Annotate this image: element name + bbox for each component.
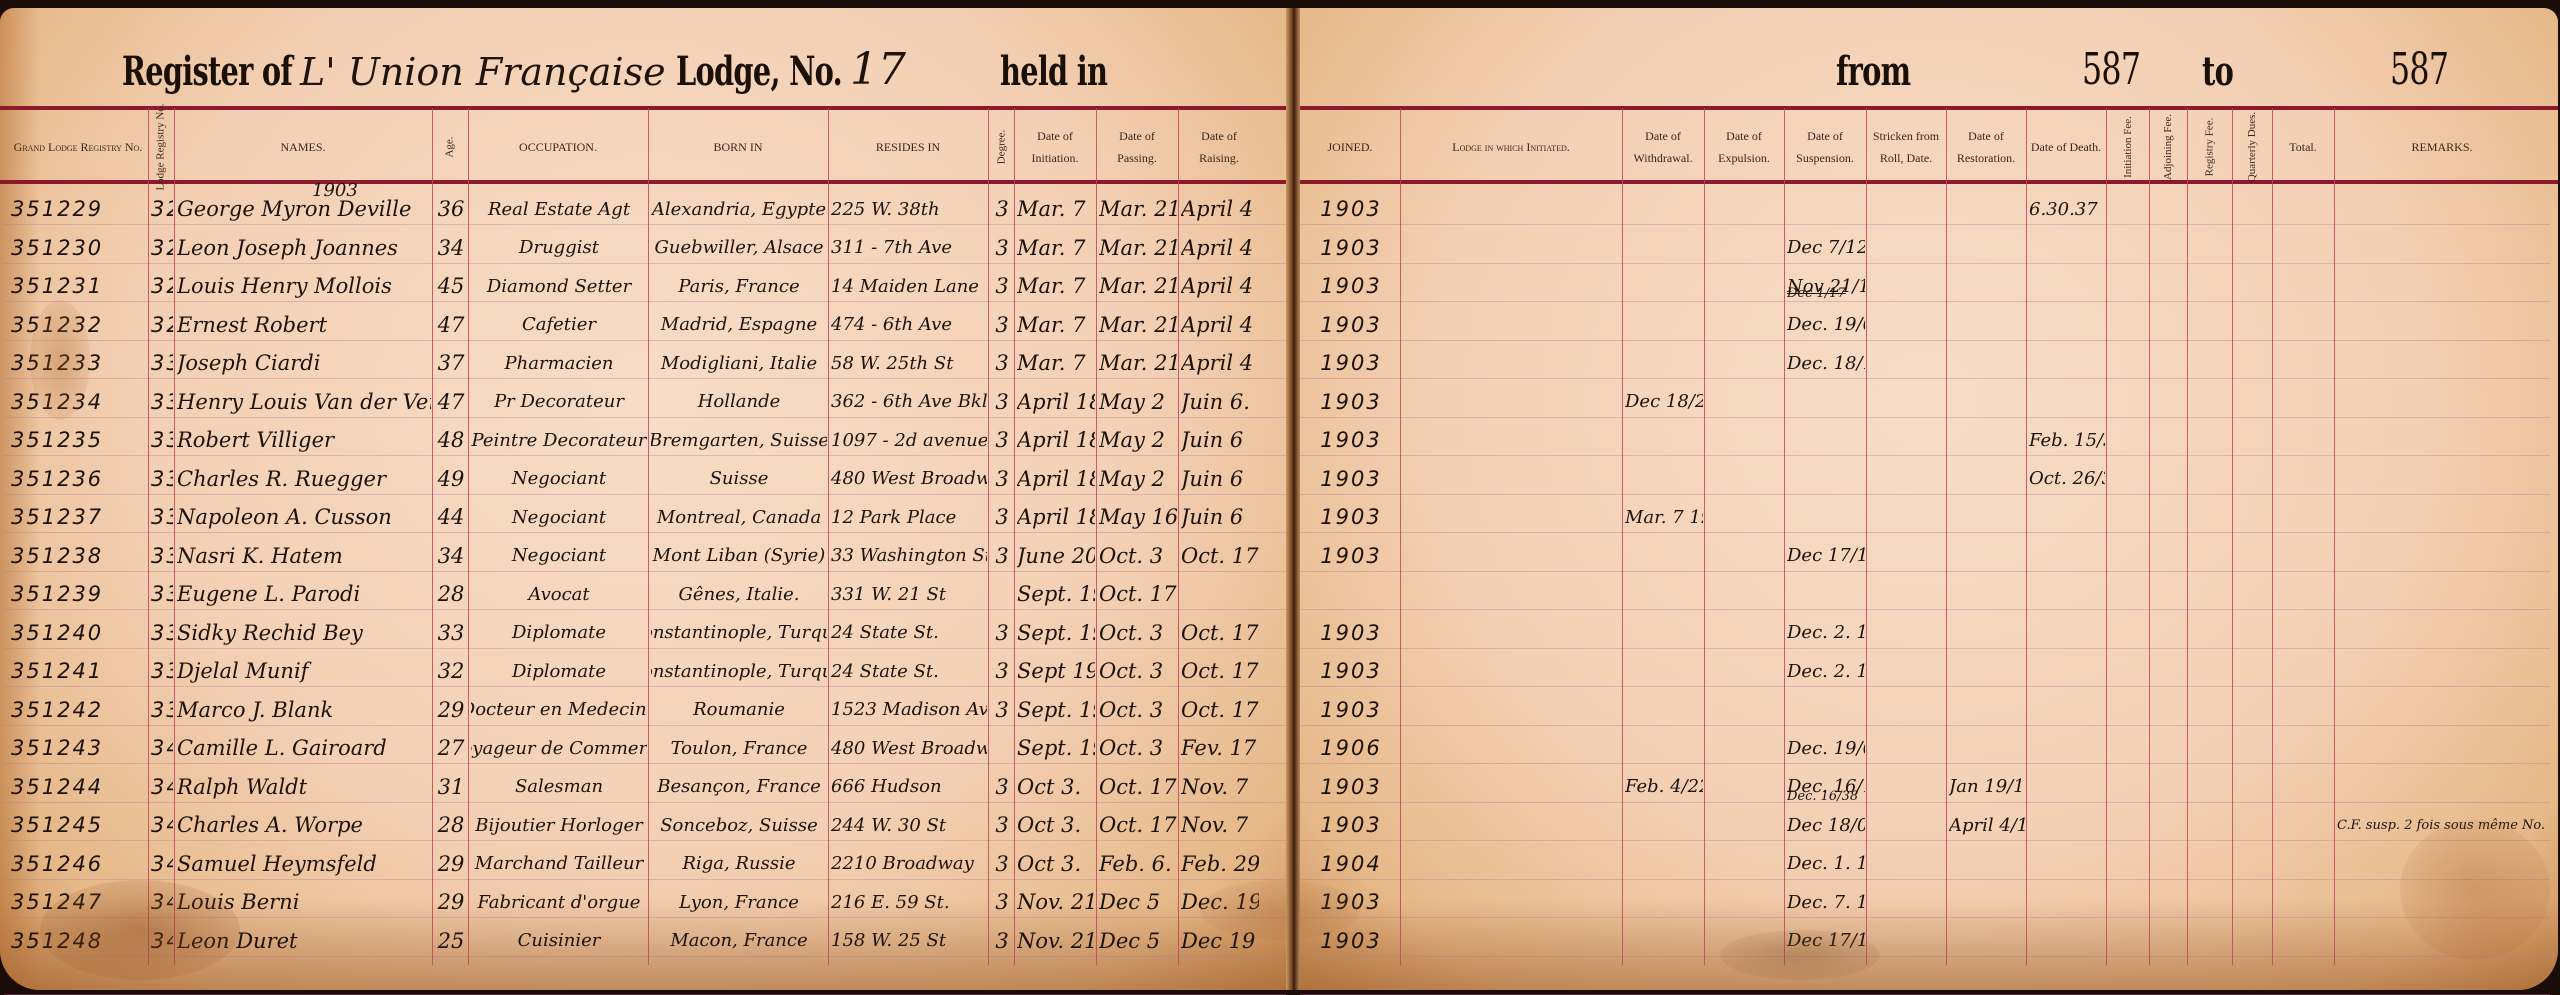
cell-deg: 3 bbox=[991, 922, 1013, 960]
column-header-label: REMARKS. bbox=[2411, 136, 2472, 158]
cell-lr: 336 bbox=[151, 575, 173, 613]
cell-age: 31 bbox=[435, 768, 467, 806]
cell-death bbox=[2029, 806, 2105, 844]
cell-joined: 1903 bbox=[1303, 190, 1399, 228]
cell-pass: Mar. 21 bbox=[1099, 229, 1177, 267]
cell-lr: 329 bbox=[151, 306, 173, 344]
cell-gl: 351231 bbox=[11, 267, 147, 305]
cell-born: Hollande bbox=[651, 383, 827, 421]
column-header-adj-fee: Adjoining Fee. bbox=[2149, 110, 2187, 184]
cell-res: 311 - 7th Ave bbox=[831, 229, 987, 267]
cell-born: Roumanie bbox=[651, 691, 827, 729]
cell-raise: Oct. 17 bbox=[1181, 652, 1259, 690]
column-header-reg-fee: Registry Fee. bbox=[2187, 110, 2232, 184]
cell-remarks bbox=[2337, 421, 2549, 459]
cell-lr: 326 bbox=[151, 190, 173, 228]
column-header-label: Date of Passing. bbox=[1098, 125, 1176, 169]
cell-joined: 1903 bbox=[1303, 267, 1399, 305]
cell-init: Sept. 19 bbox=[1017, 575, 1095, 613]
cell-name: Eugene L. Parodi bbox=[177, 575, 431, 613]
cell-res: 12 Park Place bbox=[831, 498, 987, 536]
lodge-name: L' Union Française bbox=[300, 50, 666, 94]
cell-lr: 333 bbox=[151, 460, 173, 498]
cell-deg: 3 bbox=[991, 768, 1013, 806]
from-value: 587 bbox=[2082, 44, 2140, 95]
cell-gl: 351242 bbox=[11, 691, 147, 729]
column-divider bbox=[1704, 108, 1705, 965]
column-divider bbox=[988, 108, 989, 965]
cell-restoration bbox=[1949, 729, 2025, 767]
column-header-label: Lodge Registry No. bbox=[155, 103, 167, 190]
cell-raise: Nov. 7 bbox=[1181, 806, 1259, 844]
cell-gl: 351232 bbox=[11, 306, 147, 344]
cell-remarks bbox=[2337, 229, 2549, 267]
column-header-deg: Degree. bbox=[988, 110, 1014, 184]
cell-born: Constantinople, Turquie bbox=[651, 652, 827, 690]
cell-remarks bbox=[2337, 267, 2549, 305]
column-header-restoration: Date of Restoration. bbox=[1946, 110, 2026, 184]
cell-gl: 351239 bbox=[11, 575, 147, 613]
cell-pass: May 2 bbox=[1099, 460, 1177, 498]
cell-init: Mar. 7 bbox=[1017, 267, 1095, 305]
column-header-gl: Grand Lodge Registry No. bbox=[8, 110, 148, 184]
cell-withdrawal bbox=[1625, 883, 1703, 921]
cell-name: Sidky Rechid Bey bbox=[177, 614, 431, 652]
cell-death bbox=[2029, 498, 2105, 536]
cell-restoration bbox=[1949, 652, 2025, 690]
cell-name: Djelal Munif bbox=[177, 652, 431, 690]
cell-deg bbox=[991, 575, 1013, 613]
cell-name: Napoleon A. Cusson bbox=[177, 498, 431, 536]
cell-deg: 3 bbox=[991, 652, 1013, 690]
cell-deg: 3 bbox=[991, 614, 1013, 652]
cell-age: 44 bbox=[435, 498, 467, 536]
cell-age: 47 bbox=[435, 306, 467, 344]
cell-occ: Peintre Decorateur bbox=[471, 421, 647, 459]
cell-name: Leon Duret bbox=[177, 922, 431, 960]
column-header-remarks: REMARKS. bbox=[2334, 110, 2550, 184]
cell-age: 37 bbox=[435, 344, 467, 382]
cell-gl: 351245 bbox=[11, 806, 147, 844]
cell-res: 158 W. 25 St bbox=[831, 922, 987, 960]
cell-suspension bbox=[1787, 498, 1865, 536]
cell-res: 480 West Broadway bbox=[831, 729, 987, 767]
cell-withdrawal bbox=[1625, 344, 1703, 382]
cell-pass: May 2 bbox=[1099, 383, 1177, 421]
cell-name: Charles A. Worpe bbox=[177, 806, 431, 844]
cell-gl: 351248 bbox=[11, 922, 147, 960]
column-header-label: Date of Suspension. bbox=[1786, 125, 1864, 169]
to-value: 587 bbox=[2390, 44, 2448, 95]
column-divider bbox=[1622, 108, 1623, 965]
cell-occ: Druggist bbox=[471, 229, 647, 267]
cell-suspension bbox=[1787, 421, 1865, 459]
cell-joined: 1903 bbox=[1303, 498, 1399, 536]
book-gutter bbox=[1286, 8, 1300, 990]
column-header-res: RESIDES IN bbox=[828, 110, 988, 184]
column-header-age: Age. bbox=[432, 110, 468, 184]
column-header-label: Age. bbox=[444, 136, 456, 157]
title-row-right: from 587 to 587 bbox=[1296, 30, 2558, 110]
cell-remarks bbox=[2337, 460, 2549, 498]
cell-remarks bbox=[2337, 575, 2549, 613]
column-header-label: Adjoining Fee. bbox=[2162, 114, 2174, 180]
cell-death bbox=[2029, 267, 2105, 305]
cell-suspension bbox=[1787, 383, 1865, 421]
cell-lr: 338 bbox=[151, 652, 173, 690]
cell-joined: 1903 bbox=[1303, 537, 1399, 575]
cell-name: Ralph Waldt bbox=[177, 768, 431, 806]
cell-init: Mar. 7 bbox=[1017, 344, 1095, 382]
column-header-label: RESIDES IN bbox=[876, 136, 940, 158]
column-header-occ: OCCUPATION. bbox=[468, 110, 648, 184]
cell-age: 34 bbox=[435, 537, 467, 575]
cell-deg bbox=[991, 729, 1013, 767]
cell-restoration bbox=[1949, 614, 2025, 652]
cell-remarks bbox=[2337, 498, 2549, 536]
column-header-total: Total. bbox=[2272, 110, 2334, 184]
cell-lr: 335 bbox=[151, 537, 173, 575]
cell-death bbox=[2029, 922, 2105, 960]
cell-lr: 341 bbox=[151, 768, 173, 806]
cell-withdrawal bbox=[1625, 922, 1703, 960]
column-divider bbox=[2187, 108, 2188, 965]
cell-pass: Oct. 3 bbox=[1099, 537, 1177, 575]
cell-init: Mar. 7 bbox=[1017, 190, 1095, 228]
cell-init: Mar. 7 bbox=[1017, 306, 1095, 344]
column-divider bbox=[648, 108, 649, 965]
cell-born: Bremgarten, Suisse bbox=[651, 421, 827, 459]
column-header-label: Total. bbox=[2289, 136, 2317, 158]
cell-deg: 3 bbox=[991, 190, 1013, 228]
cell-remarks bbox=[2337, 691, 2549, 729]
cell-gl: 351237 bbox=[11, 498, 147, 536]
cell-lr: 343 bbox=[151, 845, 173, 883]
cell-remarks bbox=[2337, 383, 2549, 421]
column-header-label: NAMES. bbox=[280, 136, 325, 158]
lodge-number: 17 bbox=[850, 44, 906, 95]
column-divider bbox=[828, 108, 829, 965]
cell-raise: Nov. 7 bbox=[1181, 768, 1259, 806]
cell-age: 34 bbox=[435, 229, 467, 267]
cell-age: 29 bbox=[435, 691, 467, 729]
column-divider bbox=[2232, 108, 2233, 965]
cell-init: April 18 bbox=[1017, 383, 1095, 421]
column-header-label: Initiation Fee. bbox=[2122, 116, 2134, 178]
cell-born: Sonceboz, Suisse bbox=[651, 806, 827, 844]
cell-deg: 3 bbox=[991, 537, 1013, 575]
cell-res: 1097 - 2d avenue bbox=[831, 421, 987, 459]
cell-deg: 3 bbox=[991, 883, 1013, 921]
cell-res: 33 Washington St bbox=[831, 537, 987, 575]
cell-res: 24 State St. bbox=[831, 652, 987, 690]
cell-raise: Oct. 17 bbox=[1181, 537, 1259, 575]
cell-remarks bbox=[2337, 922, 2549, 960]
cell-raise: Juin 6. bbox=[1181, 383, 1259, 421]
cell-suspension bbox=[1787, 190, 1865, 228]
cell-withdrawal bbox=[1625, 421, 1703, 459]
cell-gl: 351236 bbox=[11, 460, 147, 498]
cell-age: 33 bbox=[435, 614, 467, 652]
cell-withdrawal: Mar. 7 1908 bbox=[1625, 498, 1703, 536]
cell-age: 47 bbox=[435, 383, 467, 421]
cell-raise: Juin 6 bbox=[1181, 460, 1259, 498]
cell-remarks bbox=[2337, 190, 2549, 228]
column-header-born: BORN IN bbox=[648, 110, 828, 184]
cell-withdrawal bbox=[1625, 190, 1703, 228]
cell-init: Sept. 19 bbox=[1017, 729, 1095, 767]
cell-occ: Docteur en Medecine bbox=[471, 691, 647, 729]
column-divider bbox=[2106, 108, 2107, 965]
cell-death bbox=[2029, 845, 2105, 883]
cell-pass: Oct. 3 bbox=[1099, 729, 1177, 767]
cell-raise: Dec. 19 bbox=[1181, 883, 1259, 921]
column-header-lodge-initiated: Lodge in which Initiated. bbox=[1400, 110, 1622, 184]
cell-remarks bbox=[2337, 768, 2549, 806]
cell-lr: 331 bbox=[151, 383, 173, 421]
cell-pass: Oct. 17 bbox=[1099, 768, 1177, 806]
cell-remarks bbox=[2337, 614, 2549, 652]
cell-death: Oct. 26/31 bbox=[2029, 460, 2105, 498]
cell-withdrawal bbox=[1625, 845, 1703, 883]
cell-withdrawal bbox=[1625, 460, 1703, 498]
cell-age: 28 bbox=[435, 806, 467, 844]
cell-born: Modigliani, Italie bbox=[651, 344, 827, 382]
cell-name: Louis Berni bbox=[177, 883, 431, 921]
cell-name: George Myron Deville bbox=[177, 190, 431, 228]
cell-restoration: Jan 19/18 bbox=[1949, 768, 2025, 806]
cell-res: 331 W. 21 St bbox=[831, 575, 987, 613]
cell-res: 474 - 6th Ave bbox=[831, 306, 987, 344]
cell-withdrawal bbox=[1625, 267, 1703, 305]
cell-born: Mont Liban (Syrie) bbox=[651, 537, 827, 575]
cell-suspension: Dec. 2. 1905 bbox=[1787, 614, 1865, 652]
cell-name: Robert Villiger bbox=[177, 421, 431, 459]
column-header-expulsion: Date of Expulsion. bbox=[1704, 110, 1784, 184]
cell-joined: 1903 bbox=[1303, 768, 1399, 806]
cell-joined: 1903 bbox=[1303, 421, 1399, 459]
cell-pass: Mar. 21 bbox=[1099, 306, 1177, 344]
cell-lr: 345 bbox=[151, 922, 173, 960]
cell-remarks bbox=[2337, 306, 2549, 344]
cell-occ: Marchand Tailleur bbox=[471, 845, 647, 883]
cell-init: Sept 19 bbox=[1017, 652, 1095, 690]
cell-born: Suisse bbox=[651, 460, 827, 498]
cell-restoration bbox=[1949, 537, 2025, 575]
cell-deg: 3 bbox=[991, 806, 1013, 844]
column-header-stricken: Stricken from Roll, Date. bbox=[1866, 110, 1946, 184]
cell-name: Camille L. Gairoard bbox=[177, 729, 431, 767]
column-header-init-fee: Initiation Fee. bbox=[2106, 110, 2149, 184]
cell-age: 32 bbox=[435, 652, 467, 690]
cell-age: 36 bbox=[435, 190, 467, 228]
cell-death: Feb. 15/33 bbox=[2029, 421, 2105, 459]
cell-remarks bbox=[2337, 537, 2549, 575]
column-header-pass: Date of Passing. bbox=[1096, 110, 1178, 184]
cell-raise bbox=[1181, 575, 1259, 613]
cell-res: 362 - 6th Ave Bklyn bbox=[831, 383, 987, 421]
cell-restoration bbox=[1949, 383, 2025, 421]
cell-born: Constantinople, Turquie bbox=[651, 614, 827, 652]
cell-age: 28 bbox=[435, 575, 467, 613]
cell-deg: 3 bbox=[991, 460, 1013, 498]
cell-joined bbox=[1303, 575, 1399, 613]
cell-withdrawal bbox=[1625, 306, 1703, 344]
cell-pass: Dec 5 bbox=[1099, 883, 1177, 921]
cell-res: 58 W. 25th St bbox=[831, 344, 987, 382]
cell-deg: 3 bbox=[991, 344, 1013, 382]
column-header-label: Date of Raising. bbox=[1180, 125, 1258, 169]
cell-joined: 1903 bbox=[1303, 344, 1399, 382]
cell-remarks bbox=[2337, 729, 2549, 767]
cell-death bbox=[2029, 537, 2105, 575]
cell-init: Mar. 7 bbox=[1017, 229, 1095, 267]
column-divider bbox=[2272, 108, 2273, 965]
cell-restoration bbox=[1949, 267, 2025, 305]
cell-lr: 340 bbox=[151, 729, 173, 767]
cell-joined: 1903 bbox=[1303, 652, 1399, 690]
cell-withdrawal bbox=[1625, 614, 1703, 652]
cell-joined: 1904 bbox=[1303, 845, 1399, 883]
cell-joined: 1903 bbox=[1303, 229, 1399, 267]
cell-death bbox=[2029, 306, 2105, 344]
cell-raise: Oct. 17 bbox=[1181, 614, 1259, 652]
cell-deg: 3 bbox=[991, 306, 1013, 344]
column-header-suspension: Date of Suspension. bbox=[1784, 110, 1866, 184]
cell-death bbox=[2029, 691, 2105, 729]
title-row-left: Register of L' Union Française Lodge, No… bbox=[0, 30, 1292, 110]
column-divider bbox=[432, 108, 433, 965]
cell-occ: Diplomate bbox=[471, 614, 647, 652]
cell-joined: 1906 bbox=[1303, 729, 1399, 767]
cell-restoration bbox=[1949, 421, 2025, 459]
cell-born: Paris, France bbox=[651, 267, 827, 305]
cell-remarks bbox=[2337, 652, 2549, 690]
cell-suspension bbox=[1787, 460, 1865, 498]
cell-init: April 18 bbox=[1017, 460, 1095, 498]
cell-joined: 1903 bbox=[1303, 460, 1399, 498]
cell-suspension: Dec. 1. 1906 bbox=[1787, 845, 1865, 883]
cell-born: Montreal, Canada bbox=[651, 498, 827, 536]
cell-gl: 351246 bbox=[11, 845, 147, 883]
cell-occ: Cafetier bbox=[471, 306, 647, 344]
cell-res: 1523 Madison Ave bbox=[831, 691, 987, 729]
column-header-label: Lodge in which Initiated. bbox=[1452, 136, 1570, 158]
cell-restoration bbox=[1949, 575, 2025, 613]
cell-suspension: Dec 17/10 bbox=[1787, 537, 1865, 575]
cell-suspension: Dec. 2. 1905 bbox=[1787, 652, 1865, 690]
cell-gl: 351233 bbox=[11, 344, 147, 382]
cell-restoration bbox=[1949, 691, 2025, 729]
cell-init: Oct 3. bbox=[1017, 806, 1095, 844]
cell-occ: Voyageur de Commerce bbox=[471, 729, 647, 767]
cell-name: Marco J. Blank bbox=[177, 691, 431, 729]
cell-remarks bbox=[2337, 845, 2549, 883]
cell-occ: Fabricant d'orgue bbox=[471, 883, 647, 921]
cell-remarks bbox=[2337, 883, 2549, 921]
cell-suspension: Dec 18/09 bbox=[1787, 806, 1865, 844]
column-divider bbox=[2149, 108, 2150, 965]
column-divider bbox=[468, 108, 469, 965]
cell-res: 244 W. 30 St bbox=[831, 806, 987, 844]
cell-gl: 351234 bbox=[11, 383, 147, 421]
column-header-withdrawal: Date of Withdrawal. bbox=[1622, 110, 1704, 184]
cell-age: 49 bbox=[435, 460, 467, 498]
cell-res: 225 W. 38th bbox=[831, 190, 987, 228]
cell-restoration bbox=[1949, 229, 2025, 267]
cell-name: Henry Louis Van der Ven bbox=[177, 383, 431, 421]
cell-suspension-struck: Dec 1/17 bbox=[1787, 281, 1865, 305]
cell-occ: Salesman bbox=[471, 768, 647, 806]
cell-death: 6.30.37 bbox=[2029, 190, 2105, 228]
cell-suspension: Dec. 18/15 bbox=[1787, 344, 1865, 382]
cell-occ: Negociant bbox=[471, 460, 647, 498]
cell-born: Macon, France bbox=[651, 922, 827, 960]
cell-restoration bbox=[1949, 883, 2025, 921]
column-divider bbox=[1784, 108, 1785, 965]
cell-res: 24 State St. bbox=[831, 614, 987, 652]
held-in-label: held in bbox=[1000, 48, 1107, 95]
cell-withdrawal bbox=[1625, 229, 1703, 267]
column-header-label: Degree. bbox=[995, 130, 1007, 165]
cell-joined: 1903 bbox=[1303, 883, 1399, 921]
cell-occ: Avocat bbox=[471, 575, 647, 613]
cell-pass: May 2 bbox=[1099, 421, 1177, 459]
cell-init: Nov. 21 bbox=[1017, 883, 1095, 921]
cell-name: Joseph Ciardi bbox=[177, 344, 431, 382]
cell-lr: 337 bbox=[151, 614, 173, 652]
cell-pass: Mar. 21 bbox=[1099, 344, 1177, 382]
cell-death bbox=[2029, 229, 2105, 267]
cell-age: 25 bbox=[435, 922, 467, 960]
cell-raise: Dec 19 bbox=[1181, 922, 1259, 960]
cell-gl: 351230 bbox=[11, 229, 147, 267]
cell-born: Madrid, Espagne bbox=[651, 306, 827, 344]
column-header-label: Date of Restoration. bbox=[1948, 125, 2024, 169]
cell-init: Sept. 19 bbox=[1017, 614, 1095, 652]
cell-born: Toulon, France bbox=[651, 729, 827, 767]
cell-age: 45 bbox=[435, 267, 467, 305]
cell-death bbox=[2029, 768, 2105, 806]
column-header-name: NAMES. bbox=[174, 110, 432, 184]
cell-occ: Diamond Setter bbox=[471, 267, 647, 305]
cell-remarks: C.F. susp. 2 fois sous même No. bbox=[2337, 806, 2549, 844]
cell-age: 29 bbox=[435, 883, 467, 921]
column-header-lr: Lodge Registry No. bbox=[148, 110, 174, 184]
cell-raise: Oct. 17 bbox=[1181, 691, 1259, 729]
cell-restoration bbox=[1949, 344, 2025, 382]
cell-withdrawal bbox=[1625, 729, 1703, 767]
cell-occ: Diplomate bbox=[471, 652, 647, 690]
cell-occ: Bijoutier Horloger bbox=[471, 806, 647, 844]
cell-res: 14 Maiden Lane bbox=[831, 267, 987, 305]
cell-withdrawal bbox=[1625, 537, 1703, 575]
cell-init: April 18 bbox=[1017, 498, 1095, 536]
cell-occ: Pharmacien bbox=[471, 344, 647, 382]
cell-born: Lyon, France bbox=[651, 883, 827, 921]
cell-raise: April 4 bbox=[1181, 267, 1259, 305]
cell-res: 480 West Broadway bbox=[831, 460, 987, 498]
cell-restoration bbox=[1949, 460, 2025, 498]
column-divider bbox=[1178, 108, 1179, 965]
cell-remarks bbox=[2337, 344, 2549, 382]
cell-suspension bbox=[1787, 691, 1865, 729]
cell-raise: April 4 bbox=[1181, 344, 1259, 382]
cell-name: Louis Henry Mollois bbox=[177, 267, 431, 305]
column-header-label: Date of Expulsion. bbox=[1706, 125, 1782, 169]
cell-lr: 334 bbox=[151, 498, 173, 536]
column-header-q-dues: Quarterly Dues. bbox=[2232, 110, 2272, 184]
